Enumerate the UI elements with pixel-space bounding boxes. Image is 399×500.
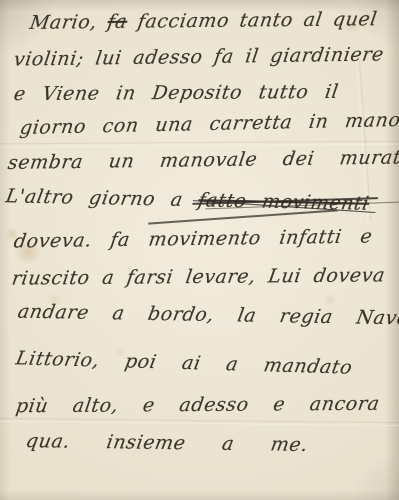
handwritten-line-2: violini; lui adesso fa il giardiniere [12, 43, 385, 70]
line-text: andare a bordo, la regia Nave [16, 301, 399, 330]
line-text: sembra un manovale dei muratori [6, 146, 399, 174]
line-text: e Viene in Deposito tutto il [12, 81, 340, 105]
handwritten-line-4: giorno con una carretta in mano [19, 109, 399, 139]
handwritten-line-5: sembra un manovale dei muratori [6, 146, 399, 174]
handwritten-line-9: andare a bordo, la regia Nave [16, 301, 399, 330]
scribbled-out-words: fatto movimenti [197, 189, 372, 214]
line-text: facciamo tanto al quel [126, 8, 379, 33]
line-text: più alto, e adesso e ancora [14, 393, 381, 418]
handwritten-line-8: riuscito a farsi levare, Lui doveva [10, 264, 386, 289]
line-text: doveva. fa movimento infatti e [12, 225, 373, 252]
handwritten-line-12: qua. insieme a me. [24, 430, 310, 456]
line-text: giorno con una carretta in mano [19, 109, 399, 139]
line-text: riuscito a farsi levare, Lui doveva [10, 264, 386, 289]
handwritten-line-11: più alto, e adesso e ancora [14, 393, 381, 418]
handwritten-line-7: doveva. fa movimento infatti e [12, 225, 373, 252]
line-text: L'altro giorno a [4, 185, 200, 211]
handwritten-line-3: e Viene in Deposito tutto il [12, 81, 340, 105]
letter-paper: Mario, fa facciamo tanto al quel violini… [0, 0, 399, 500]
line-text: violini; lui adesso fa il giardiniere [12, 43, 385, 70]
paper-crease [0, 418, 399, 426]
line-text: Mario, [28, 11, 109, 34]
handwritten-line-10: Littorio, poi ai a mandato [14, 347, 354, 378]
line-text: Littorio, poi ai a mandato [14, 347, 354, 378]
line-text: qua. insieme a me. [24, 430, 310, 456]
handwritten-line-1: Mario, fa facciamo tanto al quel [28, 8, 378, 34]
